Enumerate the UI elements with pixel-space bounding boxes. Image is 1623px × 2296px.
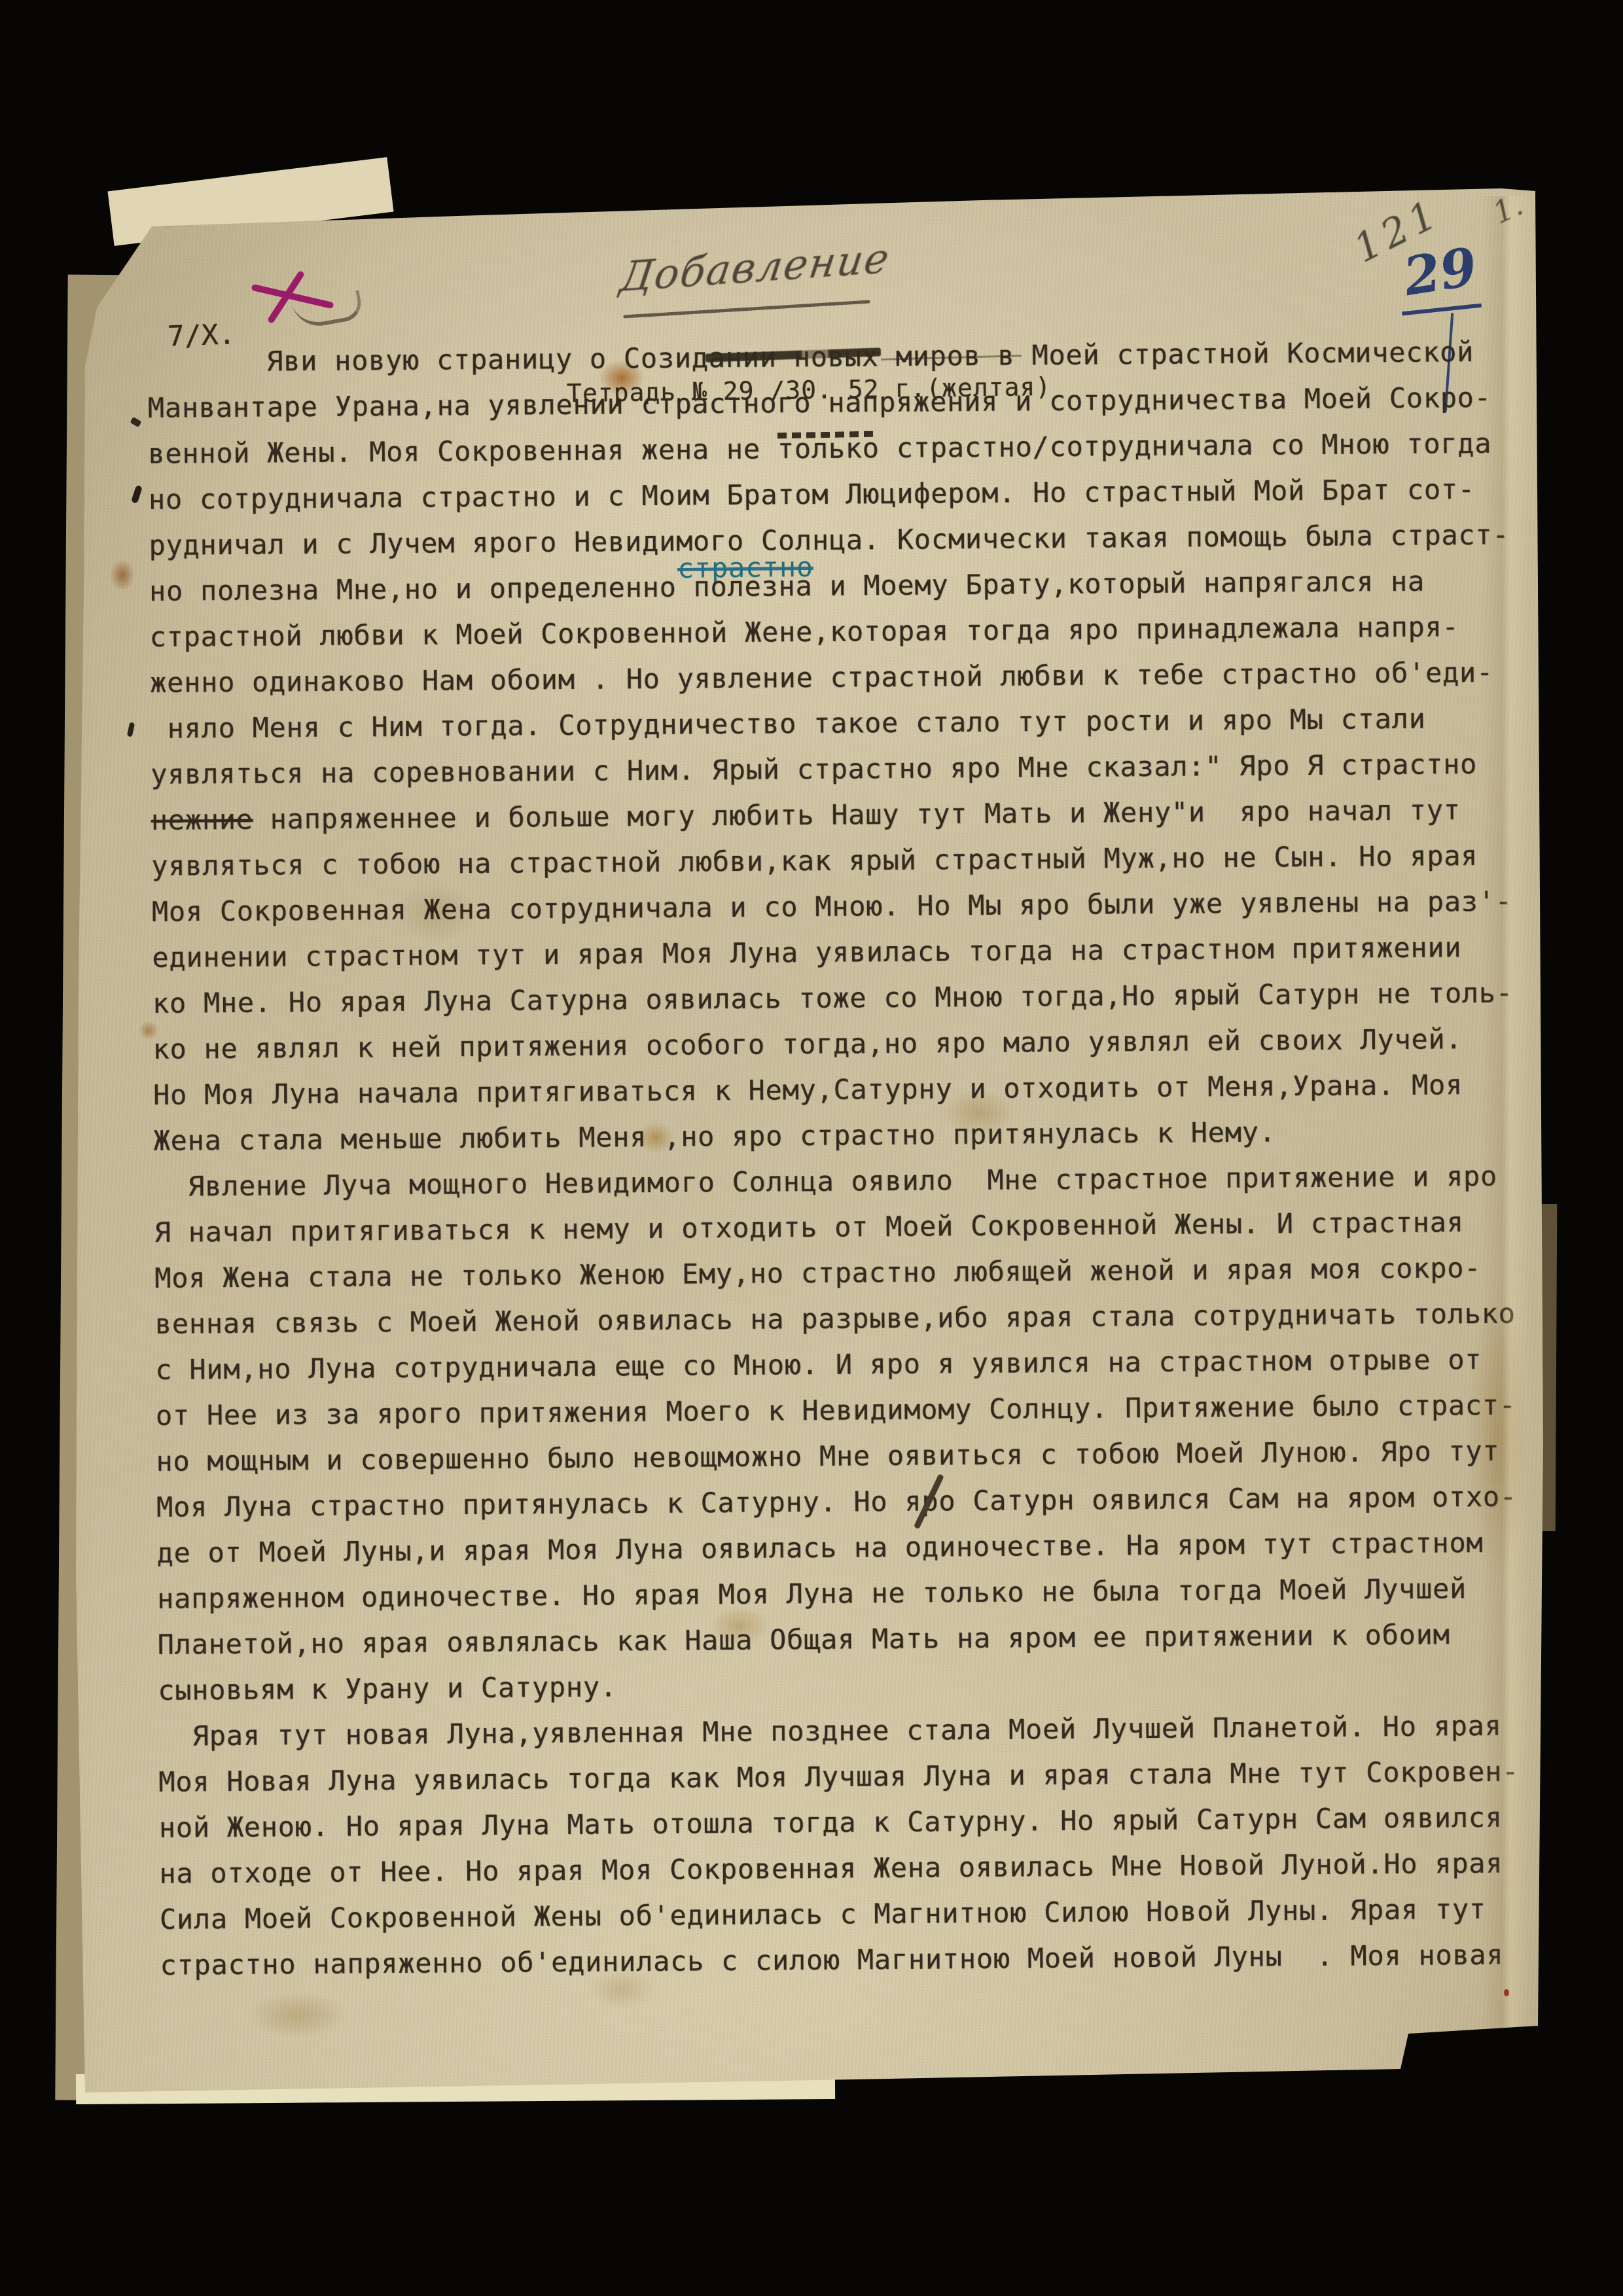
document-page: Добавление Тетрадь № 29 /30. 52 г.(желта… [0, 0, 1623, 2296]
line-segment: напряженнее и больше могу любить Нашу ту… [253, 794, 1460, 835]
line-segment: Жена стала меньше любить Меня ,но яро ст… [153, 1116, 1275, 1156]
line-segment: женно одинаково Нам обоим . Но уявление … [150, 656, 1493, 699]
margin-ink-mark [130, 417, 142, 427]
line-segment: няло Меня с Ним тогда. Сотрудничество та… [150, 703, 1425, 745]
line-segment: венной Жены. Моя Сокровенная жена не тол… [148, 427, 1491, 470]
line-segment: Планетой,но ярая оявлялась как Наша Обща… [157, 1618, 1450, 1661]
struck-word: яро [904, 1478, 956, 1525]
red-speck [1504, 1989, 1509, 1996]
struck-word: нежние [151, 804, 253, 836]
line-segment: единении страстном тут и ярая Моя Луна у… [152, 931, 1461, 974]
line-segment: ной Женою. Но ярая Луна Мать отошла тогд… [159, 1801, 1503, 1844]
handwritten-note: Добавление [617, 234, 893, 301]
line-segment: напряженном одиночестве. Но ярая Моя Лун… [157, 1572, 1467, 1615]
line-segment: Сила Моей Сокровенной Жены об'единилась … [160, 1893, 1486, 1935]
line-segment: но полезна Мне,но и определенно полезна … [149, 565, 1425, 607]
line-segment: страстной любви к Моей Сокровенной Жене,… [149, 610, 1459, 653]
line-segment: Ярая тут новая Луна,уявленная Мне поздне… [158, 1710, 1502, 1752]
page-number-pencil-small: 1. [1488, 186, 1528, 230]
line-segment: Я начал притягиваться к нему и отходить … [154, 1206, 1464, 1248]
line-segment: Моя Луна страстно притянулась к Сатурну.… [156, 1485, 905, 1523]
line-segment: от Нее из за ярого притяжения Моего к Не… [156, 1389, 1516, 1432]
margin-ink-mark [131, 485, 143, 504]
line-segment: сыновьям к Урану и Сатурну. [158, 1670, 617, 1706]
typed-body: Яви новую страницу о Созидании новых мир… [147, 328, 1554, 1988]
line-segment: но мощным и совершенно было невощможно М… [156, 1435, 1499, 1477]
line-segment: ко Мне. Но ярая Луна Сатурна оявилась то… [152, 977, 1513, 1019]
line-segment: Моя Новая Луна уявилась тогда как Моя Лу… [158, 1756, 1519, 1798]
line-segment: Моя Жена стала не только Женою Ему,но ст… [154, 1252, 1481, 1294]
page-number-ink: 29 [1399, 236, 1481, 308]
photo-background: Добавление Тетрадь № 29 /30. 52 г.(желта… [0, 0, 1623, 2296]
line-segment: с Ним,но Луна сотрудничала еще со Мною. … [155, 1343, 1482, 1386]
line-segment: рудничал и с Лучем ярого Невидимого Солн… [149, 519, 1509, 561]
line-segment: венная связь с Моей Женой оявилась на ра… [155, 1298, 1516, 1340]
line-segment: но сотрудничала страстно и с Моим Братом… [149, 473, 1475, 516]
line-segment: Сатурн оявился Сам на яром отхо- [955, 1481, 1517, 1517]
line-segment: на отходе от Нее. Но ярая Моя Сокровенна… [159, 1847, 1503, 1890]
line-segment: Яви новую страницу о Созидании новых мир… [147, 336, 1474, 378]
line-segment: Манвантаре Урана,на уявлении страстного … [148, 381, 1491, 424]
line-segment: Явление Луча мощного Невидимого Солнца о… [154, 1160, 1497, 1203]
line-segment: страстно напряженно об'единилась с силою… [160, 1939, 1503, 1981]
line-segment: ко не являл к ней притяжения особого тог… [152, 1023, 1462, 1065]
line-segment: уявляться с тобою на страстной любви,как… [151, 839, 1478, 882]
line-segment: де от Моей Луны,и ярая Моя Луна оявилась… [156, 1527, 1483, 1569]
line-segment: уявляться на соревновании с Ним. Ярый ст… [151, 748, 1477, 790]
margin-ink-mark [127, 722, 135, 737]
handwritten-underline [623, 300, 870, 318]
line-segment: Моя Сокровенная Жена сотрудничала и со М… [152, 885, 1512, 928]
line-segment: Но Моя Луна начала притягиваться к Нему,… [153, 1069, 1463, 1111]
